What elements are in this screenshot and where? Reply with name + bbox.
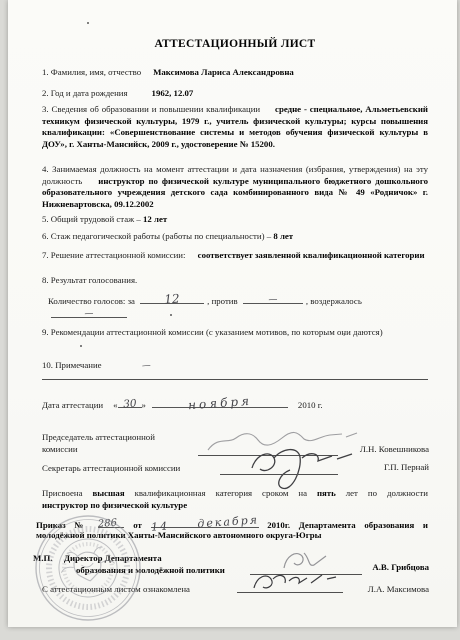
field-decision-label: 7. Решение аттестационной комиссии: — [42, 250, 185, 260]
field-note-label: 10. Примечание — [42, 360, 102, 370]
date-month-blank: ноября — [152, 398, 288, 408]
field-education: 3. Сведения об образовании и повышении к… — [42, 104, 428, 150]
award-line-1: Присвоена высшая квалификационная катего… — [42, 488, 428, 500]
document-title: АТТЕСТАЦИОННЫЙ ЛИСТ — [42, 38, 428, 50]
award-text-1: Присвоена — [42, 488, 82, 498]
field-teaching-experience-value: 8 лет — [273, 231, 293, 241]
secretary-signature — [240, 446, 358, 494]
document-page: АТТЕСТАЦИОННЫЙ ЛИСТ 1. Фамилия, имя, отч… — [0, 0, 460, 640]
votes-for-value: 12 — [140, 291, 205, 307]
official-stamp — [23, 503, 153, 633]
secretary-role: Секретарь аттестационной комиссии — [42, 463, 180, 475]
votes-against-value: — — [243, 294, 303, 307]
field-recommendations-label: 9. Рекомендации аттестационной комиссии … — [42, 327, 432, 339]
chairman-name: Л.Н. Ковешникова — [360, 444, 429, 454]
field-total-experience: 5. Общий трудовой стаж – 12 лет — [42, 214, 167, 226]
scan-speck — [87, 22, 89, 24]
field-birthdate: 2. Год и дата рождения1962, 12.07 — [42, 88, 193, 100]
order-date-blank: 14 декабря — [151, 518, 259, 528]
votes-abstain-value: — — [51, 307, 127, 321]
date-day-blank: 30 — [118, 398, 142, 408]
votes-against-blank: — — [243, 294, 303, 304]
field-total-experience-value: 12 лет — [143, 214, 167, 224]
field-position-value: инструктор по физической культуре муници… — [42, 176, 428, 209]
votes-abstain-blank: — — [51, 308, 127, 318]
field-decision-value: соответствует заявленной квалификационно… — [198, 250, 425, 260]
field-note: 10. Примечание — — [42, 360, 151, 373]
award-text-2: квалификационная категория сроком на — [135, 488, 307, 498]
votes-abstain-label: , воздержалось — [306, 296, 362, 306]
votes-for-blank: 12 — [140, 294, 204, 304]
acknowledged-name: Л.А. Максимова — [368, 584, 429, 594]
order-year: 2010г. — [267, 520, 290, 530]
field-total-experience-label: 5. Общий трудовой стаж – — [42, 214, 141, 224]
date-label: Дата аттестации — [42, 400, 103, 410]
field-note-value: — — [141, 361, 151, 373]
order-dept-2: образования и — [364, 520, 428, 530]
field-position: 4. Занимаемая должность на момент аттест… — [42, 164, 428, 210]
note-rule-line — [42, 379, 428, 380]
acknowledgement-signature-line — [237, 592, 343, 593]
field-birthdate-value: 1962, 12.07 — [152, 88, 194, 98]
votes-line: Количество голосов: за 12, против —, воз… — [48, 294, 428, 321]
award-text-3: лет по должности — [346, 488, 428, 498]
votes-label: Количество голосов: за — [48, 296, 135, 306]
field-vote-result-label: 8. Результат голосования. — [42, 275, 137, 287]
attestation-date-line: Дата аттестации«30»ноября2010 г. — [42, 398, 323, 412]
order-dept-1: Департамента — [299, 520, 356, 530]
field-name-value: Максимова Лариса Александровна — [153, 67, 294, 77]
award-category: высшая — [92, 488, 124, 498]
date-day: 30 — [117, 398, 142, 410]
field-birthdate-label: 2. Год и дата рождения — [42, 88, 128, 98]
field-name: 1. Фамилия, имя, отчествоМаксимова Ларис… — [42, 67, 294, 79]
pen-dot — [170, 314, 172, 316]
pen-dot — [80, 345, 82, 347]
award-term: пять — [317, 488, 336, 498]
secretary-signature-line — [220, 474, 338, 475]
secretary-name: Г.П. Пернай — [384, 462, 429, 472]
field-education-label: 3. Сведения об образовании и повышении к… — [42, 104, 260, 114]
field-teaching-experience-label: 6. Стаж педагогической работы (работы по… — [42, 231, 271, 241]
director-name: А.В. Грибцова — [372, 562, 429, 572]
votes-against-label: , против — [207, 296, 238, 306]
acknowledged-signature — [248, 570, 352, 594]
date-year: 2010 г. — [298, 400, 323, 410]
field-decision: 7. Решение аттестационной комиссии: соот… — [42, 250, 428, 262]
field-teaching-experience: 6. Стаж педагогической работы (работы по… — [42, 231, 293, 243]
field-name-label: 1. Фамилия, имя, отчество — [42, 67, 141, 77]
chairman-role: Председатель аттестационной комиссии — [42, 432, 177, 455]
